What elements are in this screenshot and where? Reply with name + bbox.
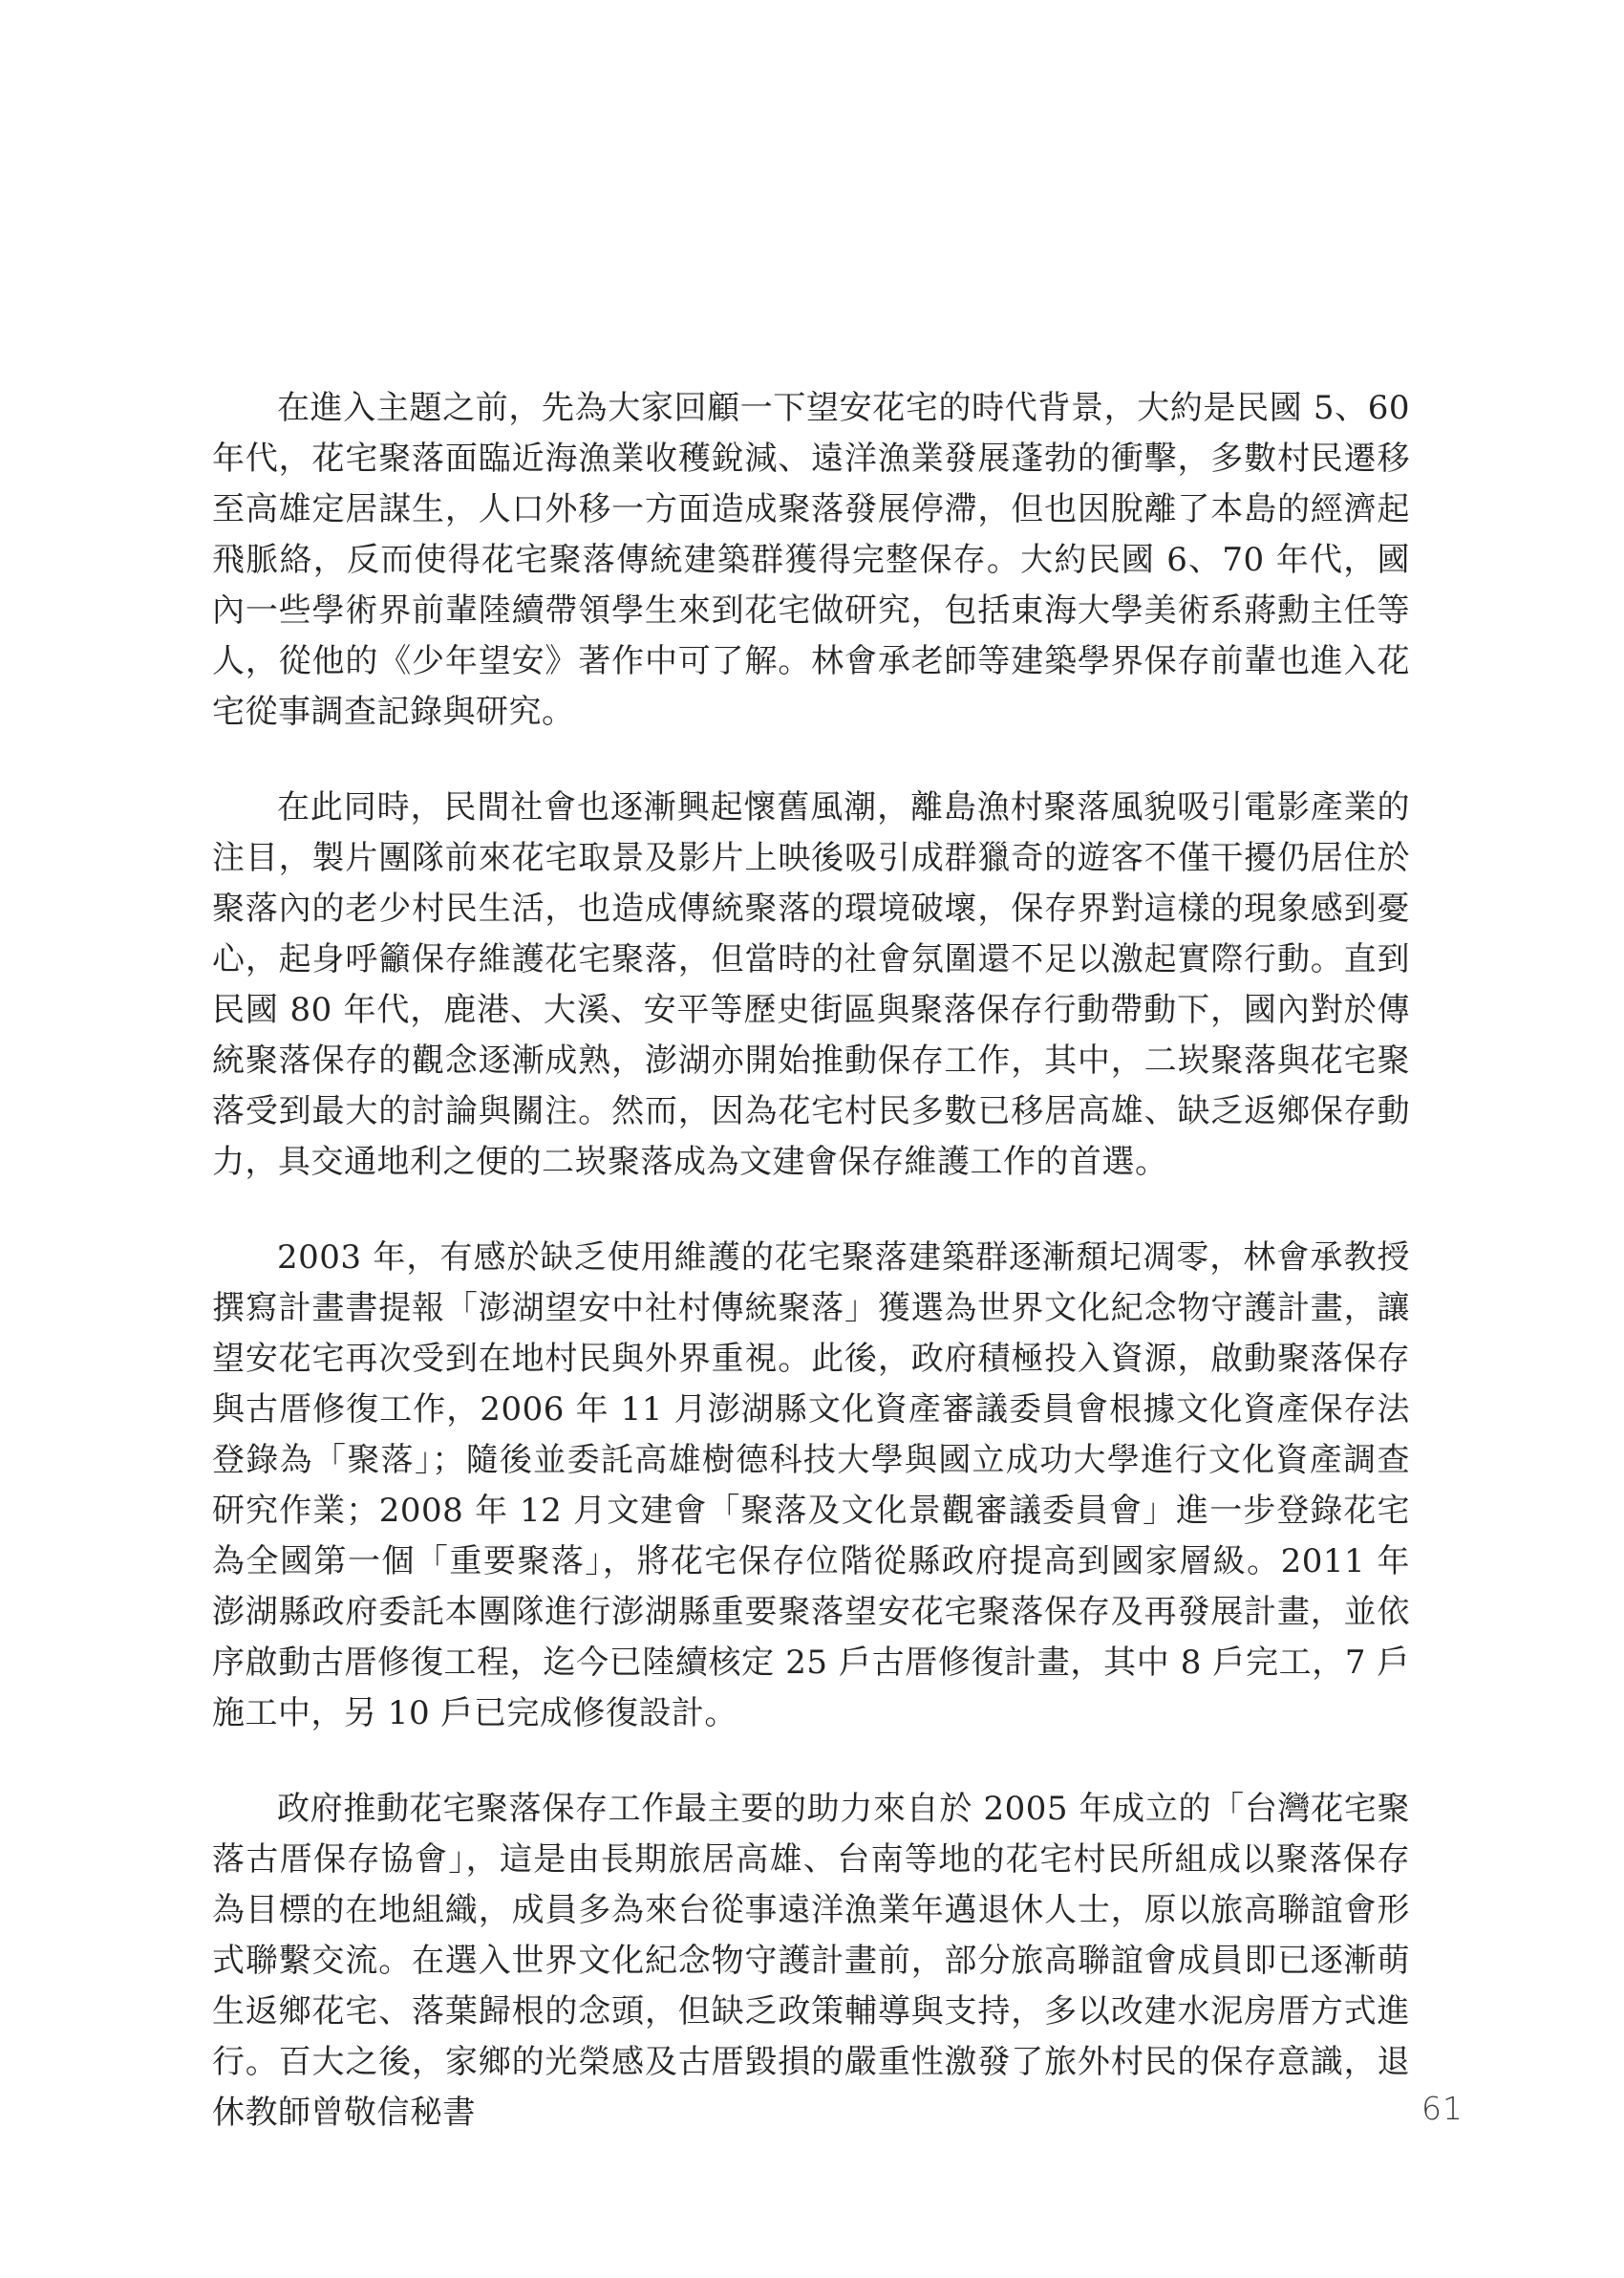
page-number: 61: [1421, 2091, 1479, 2127]
paragraph-1: 在進入主題之前，先為大家回顧一下望安花宅的時代背景，大約是民國 5、60 年代，…: [212, 383, 1410, 738]
body-text: 在進入主題之前，先為大家回顧一下望安花宅的時代背景，大約是民國 5、60 年代，…: [212, 383, 1410, 2138]
paragraph-4: 政府推動花宅聚落保存工作最主要的助力來自於 2005 年成立的「台灣花宅聚落古厝…: [212, 1784, 1410, 2138]
document-page: 在進入主題之前，先為大家回顧一下望安花宅的時代背景，大約是民國 5、60 年代，…: [0, 0, 1624, 2278]
paragraph-2: 在此同時，民間社會也逐漸興起懷舊風潮，離島漁村聚落風貌吸引電影產業的注目，製片團…: [212, 783, 1410, 1188]
paragraph-3: 2003 年，有感於缺乏使用維護的花宅聚落建築群逐漸頹圮凋零，林會承教授撰寫計畫…: [212, 1233, 1410, 1739]
